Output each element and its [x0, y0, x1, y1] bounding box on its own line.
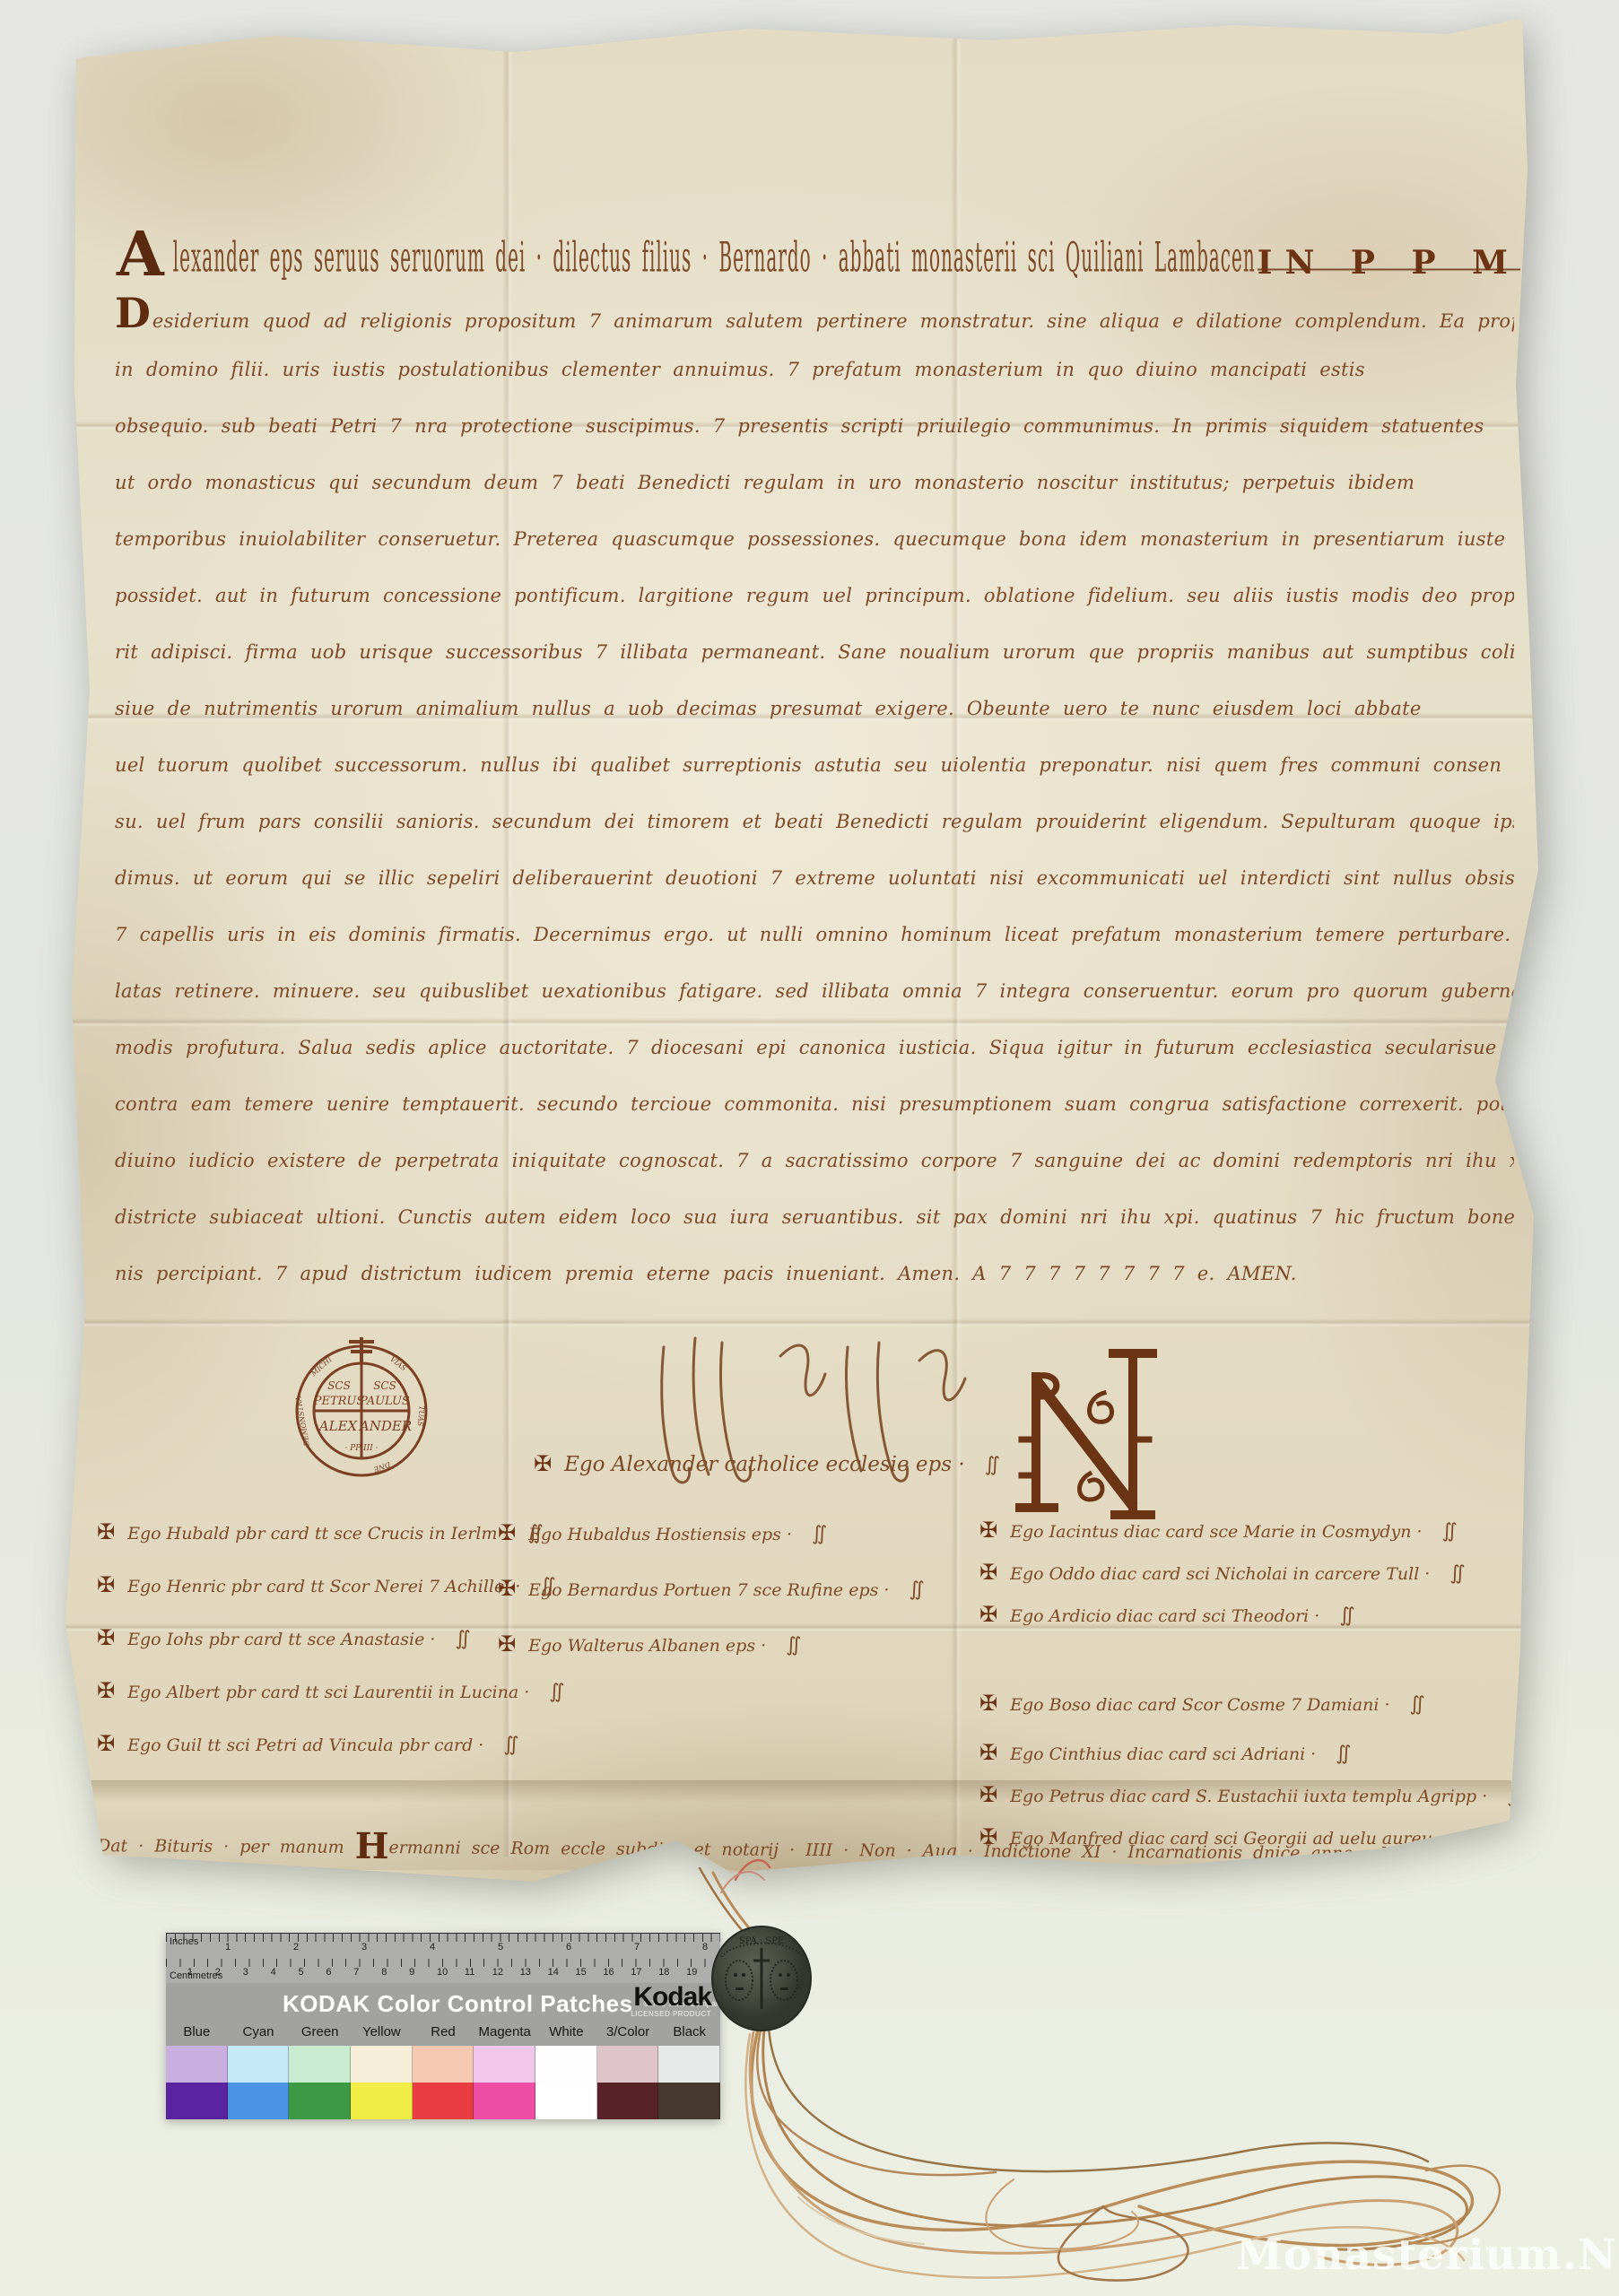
cardinal-subscription: ✠Ego Petrus diac card S. Eustachii iuxta… [979, 1779, 1523, 1821]
subscription-text: Ego Oddo diac card sci Nicholai in carce… [1010, 1564, 1430, 1584]
subscription-text: Ego Iacintus diac card sce Marie in Cosm… [1010, 1522, 1422, 1542]
paraph-flourish: ∬ [786, 1634, 801, 1657]
charter-text-line: siue de nutrimentis urorum animalium nul… [115, 681, 1514, 737]
subscription-cross-icon: ✠ [97, 1625, 115, 1650]
subscription-cross-icon: ✠ [979, 1518, 997, 1543]
lead-bulla-seal: SPA · SPE [696, 1921, 827, 2043]
color-patch-dark [166, 2083, 228, 2119]
papal-rota: SCS PETRUS SCS PAULUS ALEX ANDER · PP II… [283, 1330, 440, 1488]
rota-scs-right: SCS [373, 1379, 396, 1392]
subscription-cross-icon: ✠ [979, 1691, 997, 1716]
paraph-flourish: ∬ [909, 1578, 924, 1601]
inches-label: Inches [170, 1936, 198, 1947]
subscription-text: Ego Albert pbr card tt sci Laurentii in … [127, 1683, 529, 1702]
parchment-sheet: A lexander eps seruus seruorum dei · dil… [49, 9, 1543, 1892]
datum-prefix: Dat · Bituris · per manum [97, 1836, 355, 1857]
cardinal-subscription: ✠Ego Bernardus Portuen 7 sce Rufine eps … [498, 1570, 925, 1625]
centimetres-label: Centimetres [170, 1970, 222, 1981]
subscription-text: Ego Guil tt sci Petri ad Vincula pbr car… [127, 1735, 483, 1755]
cardinal-subscription: ✠Ego Ardicio diac card sci Theodori ·∬ [979, 1598, 1523, 1640]
cm-number: 11 [465, 1967, 474, 1978]
rota-petrus: PETRUS [313, 1395, 365, 1408]
subscription-text: Ego Henric pbr card tt Scor Nerei 7 Achi… [127, 1577, 520, 1596]
paraph-flourish: ∬ [549, 1681, 564, 1703]
rota-pp-iii: · PP III · [344, 1444, 378, 1453]
rota-ring-word: VIAS [388, 1355, 408, 1373]
charter-text-line: temporibus inuiolabiliter conseruetur. P… [115, 511, 1514, 568]
charter-text-line: possidet. aut in futurum concessione pon… [115, 568, 1514, 624]
subscription-text: Ego Ardicio diac card sci Theodori · [1010, 1606, 1319, 1626]
paraph-flourish: ∬ [1410, 1693, 1425, 1716]
rota-ander: ANDER [358, 1418, 412, 1434]
cm-number: 4 [271, 1967, 276, 1978]
subscription-text: Ego Hubaldus Hostiensis eps · [528, 1525, 792, 1544]
rota-ring-word: DNE [372, 1460, 392, 1474]
subscription-cross-icon: ✠ [97, 1572, 115, 1597]
datum-initial-H: H [355, 1825, 389, 1867]
cardinal-subscription: ✠Ego Hubaldus Hostiensis eps ·∬ [498, 1514, 925, 1570]
patch-label: Blue [166, 2024, 228, 2046]
color-patch-dark [289, 2083, 351, 2119]
subscription-cross-icon: ✠ [97, 1519, 115, 1544]
patch-label: Red [413, 2024, 474, 2046]
inch-number: 1 [225, 1942, 231, 1952]
sig-col-left: ✠Ego Hubald pbr card tt sce Crucis in Ie… [97, 1514, 565, 1779]
charter-text-line: su. uel frum pars consilii sanioris. sec… [115, 794, 1514, 850]
photograph-stage: A lexander eps seruus seruorum dei · dil… [0, 0, 1619, 2296]
subscription-text: Ego Cinthius diac card sci Adriani · [1010, 1744, 1316, 1764]
subscription-cross-icon: ✠ [979, 1740, 997, 1765]
charter-text-line: rit adipisci. firma uob urisque successo… [115, 624, 1514, 681]
subscription-text: Ego Iohs pbr card tt sce Anastasie · [127, 1630, 435, 1649]
sig-col-middle: ✠Ego Hubaldus Hostiensis eps ·∬✠Ego Bern… [498, 1514, 925, 1681]
inch-number: 3 [361, 1942, 367, 1952]
decorated-initial-A: A [117, 228, 164, 282]
charter-text-line: Desiderium quod ad religionis propositum… [115, 285, 1514, 342]
color-patch-light [413, 2046, 474, 2083]
seal-cords [529, 1846, 1543, 2294]
charter-text-line: latas retinere. minuere. seu quibuslibet… [115, 963, 1514, 1020]
subscription-cross-icon: ✠ [498, 1576, 516, 1601]
subscription-cross-icon: ✠ [979, 1602, 997, 1627]
charter-text-line: contra eam temere uenire temptauerit. se… [115, 1076, 1514, 1133]
cm-number: 7 [353, 1967, 359, 1978]
pope-subscription-text: Ego Alexander catholice ecclesie eps · [564, 1453, 965, 1476]
cardinal-subscription: ✠Ego Oddo diac card sci Nicholai in carc… [979, 1556, 1523, 1598]
subscription-text: Ego Walterus Albanen eps · [528, 1636, 766, 1656]
elongata-script: lexander eps seruus seruorum dei · dilec… [173, 232, 1258, 282]
opening-line: A lexander eps seruus seruorum dei · dil… [117, 196, 1520, 282]
charter-text-line: diuino iudicio existere de perpetrata in… [115, 1133, 1514, 1189]
pope-subscription: ✠Ego Alexander catholice ecclesie eps ·∬ [534, 1451, 1000, 1476]
color-patch-dark [351, 2083, 413, 2119]
cardinal-subscription: ✠Ego Hubald pbr card tt sce Crucis in Ie… [97, 1514, 565, 1567]
subscription-text: Ego Boso diac card Scor Cosme 7 Damiani … [1010, 1695, 1389, 1715]
cardinal-subscription: ✠Ego Iacintus diac card sce Marie in Cos… [979, 1514, 1523, 1556]
inch-number: 5 [498, 1942, 503, 1952]
subscription-cross-icon: ✠ [534, 1451, 552, 1476]
paraph-flourish: ∬ [1449, 1562, 1465, 1585]
charter-text-line: modis profutura. Salua sedis aplice auct… [115, 1020, 1514, 1076]
cardinal-subscription: ✠Ego Walterus Albanen eps ·∬ [498, 1625, 925, 1681]
cm-number: 8 [381, 1967, 387, 1978]
patch-label: Cyan [228, 2024, 290, 2046]
charter-text-line: in domino filii. uris iustis postulation… [115, 342, 1514, 398]
cm-number: 12 [492, 1967, 503, 1978]
subscription-cross-icon: ✠ [97, 1731, 115, 1756]
paraph-flourish: ∬ [985, 1454, 1000, 1476]
subscription-text: Ego Hubald pbr card tt sce Crucis in Ier… [127, 1524, 509, 1544]
charter-text-line: obsequio. sub beati Petri 7 nra protecti… [115, 398, 1514, 455]
subscription-cross-icon: ✠ [97, 1678, 115, 1703]
patch-label: Magenta [474, 2024, 535, 2046]
rota-paulus: PAULUS [359, 1395, 410, 1408]
cm-number: 10 [437, 1967, 448, 1978]
cm-number: 9 [409, 1967, 414, 1978]
sig-col-right: ✠Ego Iacintus diac card sce Marie in Cos… [979, 1514, 1523, 1863]
rota-alex: ALEX [318, 1418, 359, 1434]
charter-text-line: ut ordo monasticus qui secundum deum 7 b… [115, 455, 1514, 511]
bene-valete-monogram [998, 1339, 1178, 1532]
charter-body: Desiderium quod ad religionis propositum… [115, 285, 1514, 1317]
cardinal-subscription: ✠Ego Albert pbr card tt sci Laurentii in… [97, 1673, 565, 1726]
watermark: Monasterium.Net [1236, 2231, 1619, 2280]
rota-scs-left: SCS [327, 1379, 351, 1392]
subscription-cross-icon: ✠ [498, 1631, 516, 1657]
paraph-flourish: ∬ [503, 1734, 518, 1756]
seal-inscription: SPA · SPE [739, 1936, 784, 1946]
paraph-flourish: ∬ [1507, 1785, 1522, 1807]
cm-number: 5 [299, 1967, 304, 1978]
color-patch-light [228, 2046, 290, 2083]
in-perpetuum-formula: IN P P M [1258, 244, 1520, 282]
paraph-flourish: ∬ [1442, 1520, 1458, 1543]
cardinal-subscription: ✠Ego Iohs pbr card tt sce Anastasie ·∬ [97, 1620, 565, 1673]
color-patch-light [351, 2046, 413, 2083]
paraph-flourish: ∬ [812, 1523, 827, 1545]
charter-text-line: districte subiaceat ultioni. Cunctis aut… [115, 1189, 1514, 1246]
paraph-flourish: ∬ [1336, 1743, 1351, 1765]
cm-number: 3 [243, 1967, 248, 1978]
parchment-document: A lexander eps seruus seruorum dei · dil… [49, 9, 1543, 1892]
subscription-text: Ego Bernardus Portuen 7 sce Rufine eps · [528, 1580, 889, 1600]
charter-text-line: uel tuorum quolibet successorum. nullus … [115, 737, 1514, 794]
subscription-cross-icon: ✠ [498, 1520, 516, 1545]
cardinal-subscription: ✠Ego Cinthius diac card sci Adriani ·∬ [979, 1736, 1523, 1779]
color-patch-dark [228, 2083, 290, 2119]
color-patch-dark [474, 2083, 535, 2119]
color-patch-light [289, 2046, 351, 2083]
subscription-cross-icon: ✠ [979, 1782, 997, 1807]
subscription-text: Ego Petrus diac card S. Eustachii iuxta … [1010, 1787, 1487, 1806]
color-patch-dark [413, 2083, 474, 2119]
cardinal-subscription: ✠Ego Boso diac card Scor Cosme 7 Damiani… [979, 1687, 1523, 1729]
cardinal-subscription: ✠Ego Henric pbr card tt Scor Nerei 7 Ach… [97, 1567, 565, 1620]
color-patch-light [474, 2046, 535, 2083]
inch-number: 4 [430, 1942, 435, 1952]
paraph-flourish: ∬ [1339, 1605, 1354, 1627]
cardinal-subscription: ✠Ego Guil tt sci Petri ad Vincula pbr ca… [97, 1726, 565, 1779]
color-patch-light [166, 2046, 228, 2083]
paraph-flourish: ∬ [455, 1628, 470, 1650]
charter-text-line: 7 capellis uris in eis dominis firmatis.… [115, 907, 1514, 963]
patch-label: Yellow [351, 2024, 413, 2046]
patch-label: Green [289, 2024, 351, 2046]
rota-ring-word: TUAS [416, 1405, 426, 1427]
inch-number: 2 [293, 1942, 299, 1952]
charter-text-line: dimus. ut eorum qui se illic sepeliri de… [115, 850, 1514, 907]
cm-number: 6 [326, 1967, 331, 1978]
charter-text-line: nis percipiant. 7 apud districtum iudice… [115, 1246, 1514, 1302]
subscription-cross-icon: ✠ [979, 1560, 997, 1585]
